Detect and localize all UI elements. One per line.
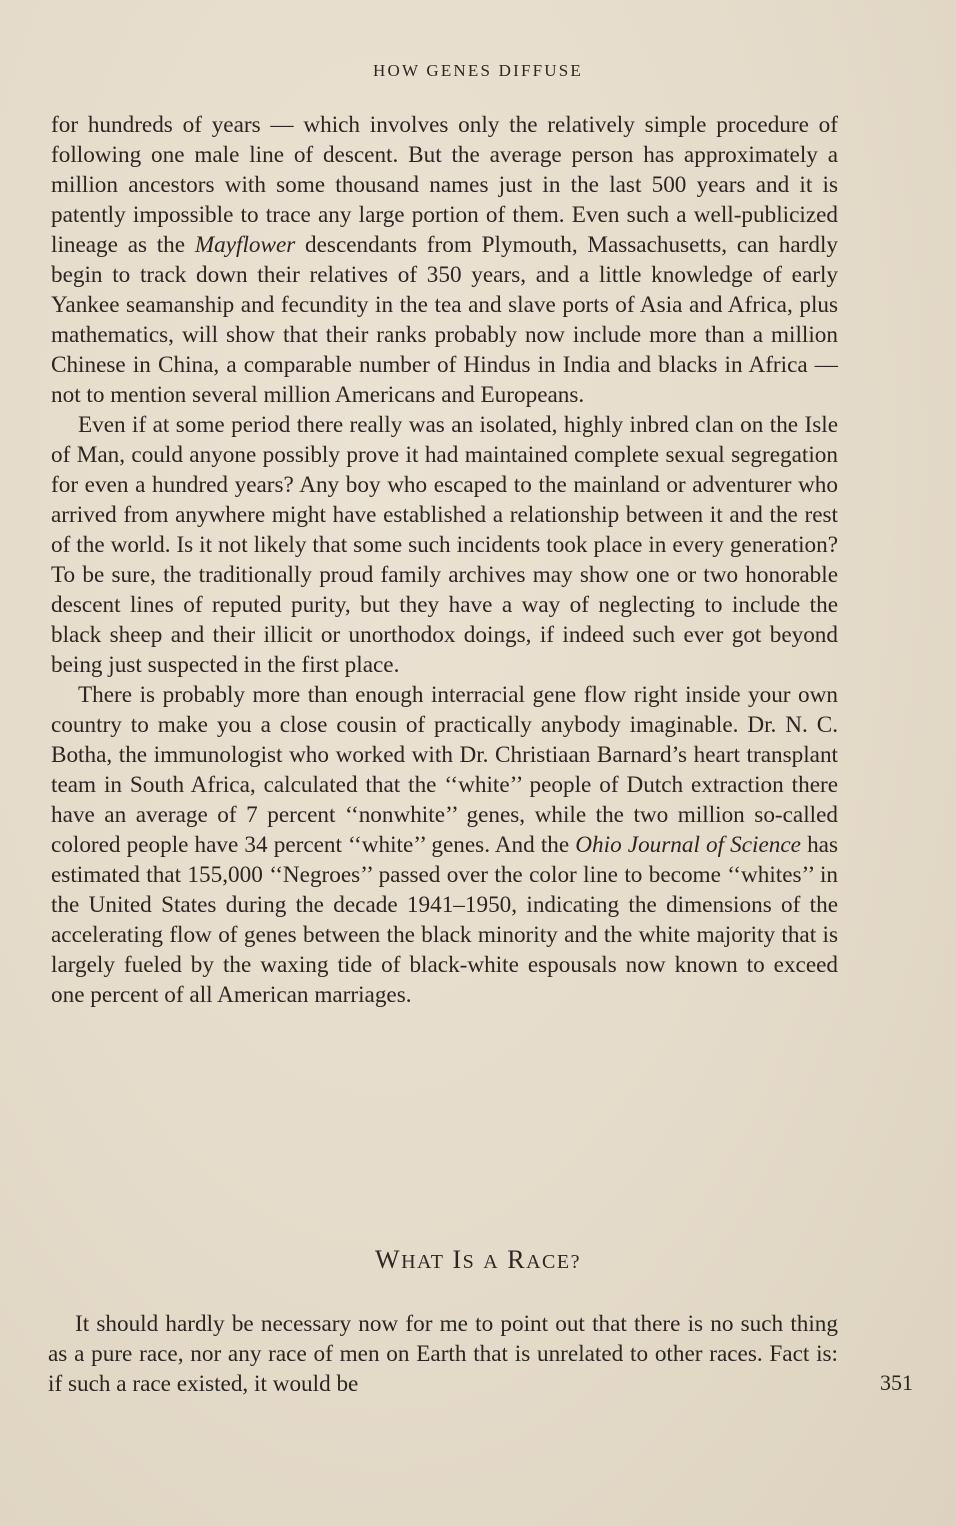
section-body: It should hardly be necessary now for me… [48,1309,838,1399]
page-number: 351 [880,1370,913,1396]
paragraph-1: for hundreds of years — which involves o… [51,110,838,410]
body-text: for hundreds of years — which involves o… [51,110,838,1010]
italic-title: Mayflower [195,232,295,258]
paragraph-2: Even if at some period there really was … [51,410,838,680]
running-head: HOW GENES DIFFUSE [0,61,956,81]
section-heading: WHAT IS A RACE? [0,1245,956,1275]
paragraph-3: There is probably more than enough inter… [51,680,838,1010]
section-paragraph: It should hardly be necessary now for me… [48,1309,838,1399]
italic-title: Ohio Journal of Science [575,832,801,858]
